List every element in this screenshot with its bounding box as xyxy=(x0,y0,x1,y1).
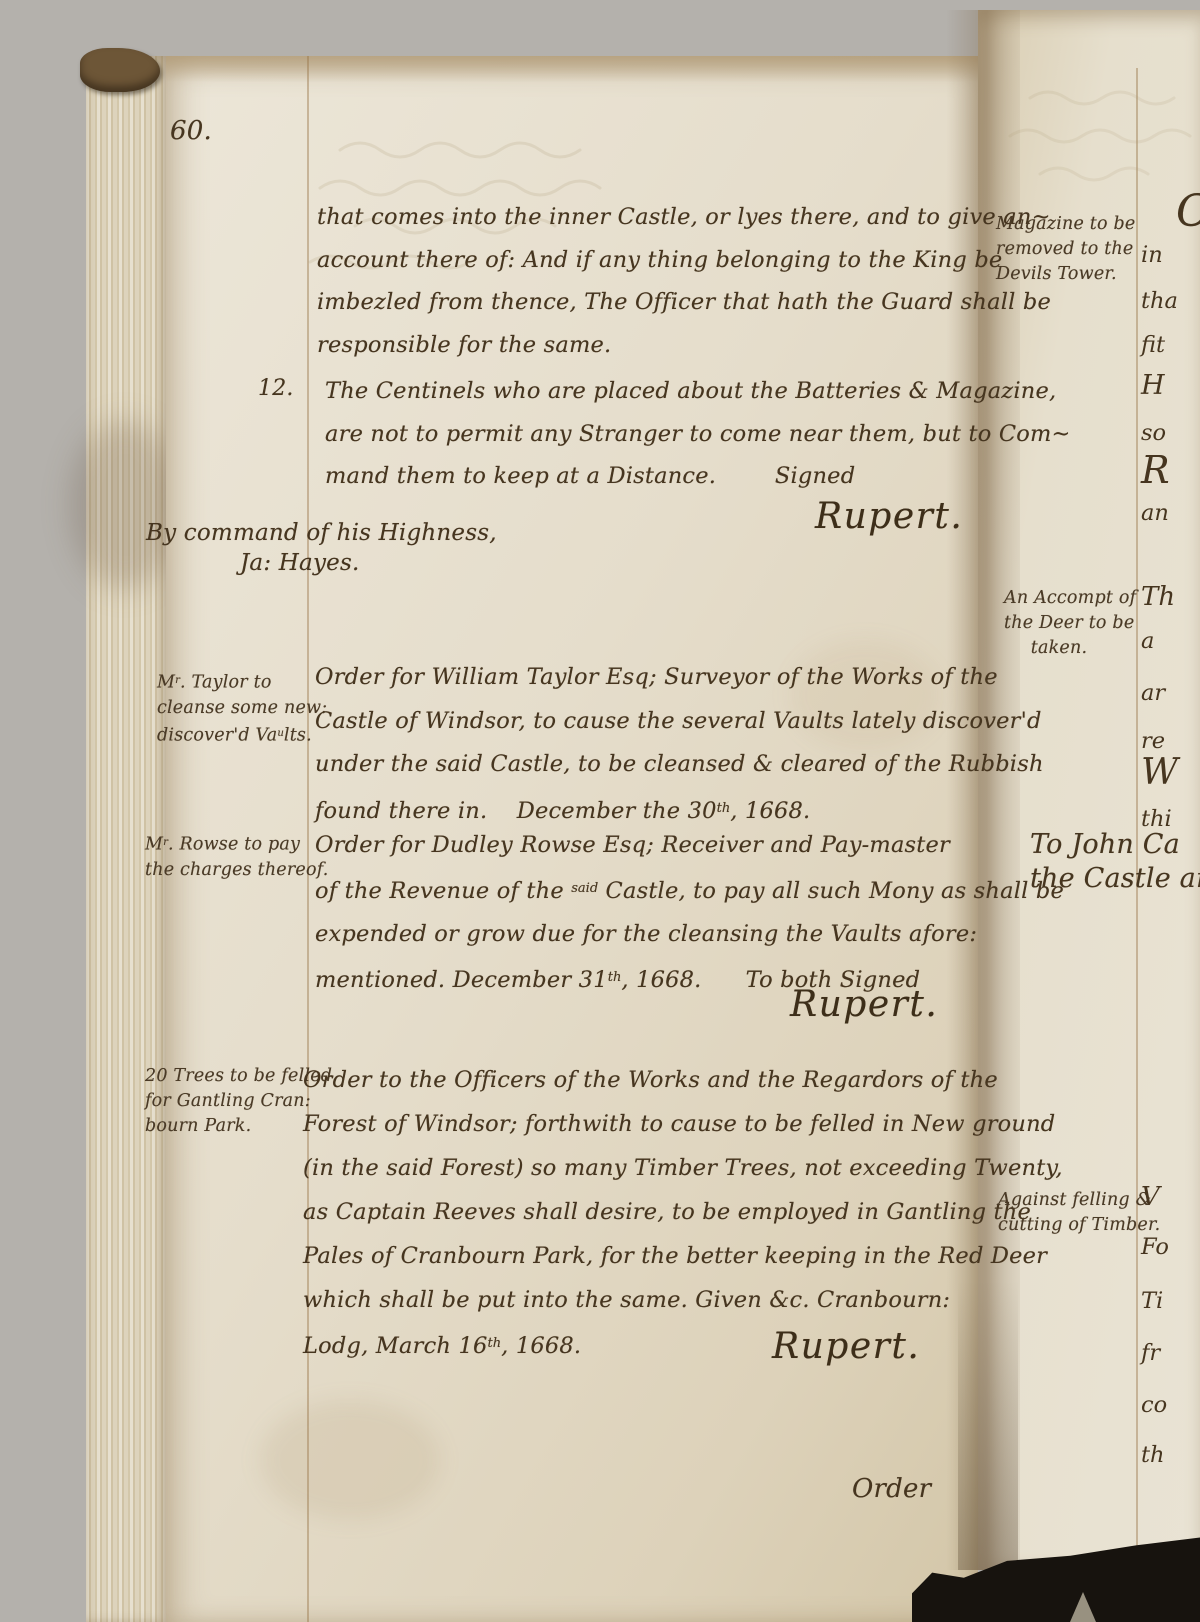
rupert-signature: Rupert. xyxy=(815,496,963,537)
page-number: 60. xyxy=(170,116,212,146)
text-line: under the said Castle, to be cleansed & … xyxy=(315,743,1044,787)
text-line: taken. xyxy=(1004,636,1114,661)
edge-fragment: V xyxy=(1141,1182,1160,1212)
text-line: the Deer to be xyxy=(1004,611,1114,636)
superscript: r xyxy=(163,837,168,848)
rupert-signature: Rupert. xyxy=(772,1326,920,1367)
text-line: of the Revenue of the said Castle, to pa… xyxy=(315,867,1064,913)
edge-fragment: Ti xyxy=(1141,1288,1163,1314)
entry-12-paragraph: The Centinels who are placed about the B… xyxy=(325,370,1071,498)
text-line: as Captain Reeves shall desire, to be em… xyxy=(303,1190,1063,1234)
text-line: account there of: And if any thing belon… xyxy=(317,239,1051,282)
text-line: (in the said Forest) so many Timber Tree… xyxy=(303,1146,1063,1190)
superscript: u xyxy=(277,728,284,739)
text-line: cutting of Timber. xyxy=(998,1213,1160,1238)
text-line: Devils Tower. xyxy=(996,262,1136,287)
margin-note-accompt: An Accompt ofthe Deer to betaken. xyxy=(1004,586,1114,661)
text-line: Order for William Taylor Esq; Surveyor o… xyxy=(315,656,1044,700)
text-line: Lodg, March 16th, 1668. xyxy=(303,1322,1063,1368)
order-rowse-paragraph: Order for Dudley Rowse Esq; Receiver and… xyxy=(315,824,1064,1002)
text-line: Magazine to be xyxy=(996,212,1136,237)
by-command-line: By command of his Highness, xyxy=(146,520,497,546)
text-line: mand them to keep at a Distance. Signed xyxy=(325,455,1071,498)
rupert-signature: Rupert. xyxy=(790,984,938,1025)
text-line: expended or grow due for the cleansing t… xyxy=(315,913,1064,956)
text-line: Pales of Cranbourn Park, for the better … xyxy=(303,1234,1063,1278)
superscript: th xyxy=(608,970,622,985)
text-line: removed to the xyxy=(996,237,1136,262)
page-top-edge xyxy=(166,56,978,82)
superscript: th xyxy=(487,1336,501,1351)
text-line: that comes into the inner Castle, or lye… xyxy=(317,196,1051,239)
text-line: Castle of Windsor, to cause the several … xyxy=(315,700,1044,744)
text-line: Order for Dudley Rowse Esq; Receiver and… xyxy=(315,824,1064,867)
clerk-signature: Ja: Hayes. xyxy=(240,550,359,576)
superscript: r xyxy=(175,675,180,686)
paper-stain xyxy=(260,1400,440,1520)
text-line: discover'd Vaults. xyxy=(157,721,327,749)
order-taylor-paragraph: Order for William Taylor Esq; Surveyor o… xyxy=(315,656,1044,833)
margin-note-magazine: Magazine to beremoved to theDevils Tower… xyxy=(996,212,1136,287)
superscript: said xyxy=(571,881,598,896)
catchword: Order xyxy=(852,1474,931,1504)
text-line: are not to permit any Stranger to come n… xyxy=(325,413,1071,456)
text-line: Mr. Rowse to pay xyxy=(145,830,329,858)
text-line: imbezled from thence, The Officer that h… xyxy=(317,281,1051,324)
text-line: Mr. Taylor to xyxy=(157,668,327,696)
right-margin-rule xyxy=(1136,68,1138,1570)
edge-fragment: co xyxy=(1141,1392,1167,1418)
margin-note-taylor: Mr. Taylor tocleanse some new:discover'd… xyxy=(157,668,327,748)
continuation-paragraph: that comes into the inner Castle, or lye… xyxy=(317,196,1051,366)
edge-fragment: th xyxy=(1141,1442,1165,1468)
text-line: The Centinels who are placed about the B… xyxy=(325,370,1071,413)
order-trees-paragraph: Order to the Officers of the Works and t… xyxy=(303,1058,1063,1368)
binding-leather-corner xyxy=(80,48,160,92)
superscript: th xyxy=(717,801,731,816)
margin-note-rowse: Mr. Rowse to paythe charges thereof. xyxy=(145,830,329,883)
edge-fragment: Fo xyxy=(1141,1234,1169,1260)
manuscript-photo: 60. that comes into the inner Castle, or… xyxy=(0,0,1200,1622)
text-line: An Accompt of xyxy=(1004,586,1114,611)
text-line: Against felling & xyxy=(998,1188,1160,1213)
text-line: mentioned. December 31th, 1668. To both … xyxy=(315,956,1064,1002)
text-line: the charges thereof. xyxy=(145,858,329,883)
entry-number: 12. xyxy=(258,376,294,401)
margin-note-against: Against felling &cutting of Timber. xyxy=(998,1188,1160,1238)
edge-fragment: fr xyxy=(1141,1340,1160,1366)
text-line: which shall be put into the same. Given … xyxy=(303,1278,1063,1322)
text-line: responsible for the same. xyxy=(317,324,1051,367)
edge-fragments-bottom: VFoTifrcoth xyxy=(1141,0,1200,1560)
stack-shadow xyxy=(70,420,180,590)
text-line: Order to the Officers of the Works and t… xyxy=(303,1058,1063,1102)
text-line: Forest of Windsor; forthwith to cause to… xyxy=(303,1102,1063,1146)
text-line: cleanse some new: xyxy=(157,696,327,721)
